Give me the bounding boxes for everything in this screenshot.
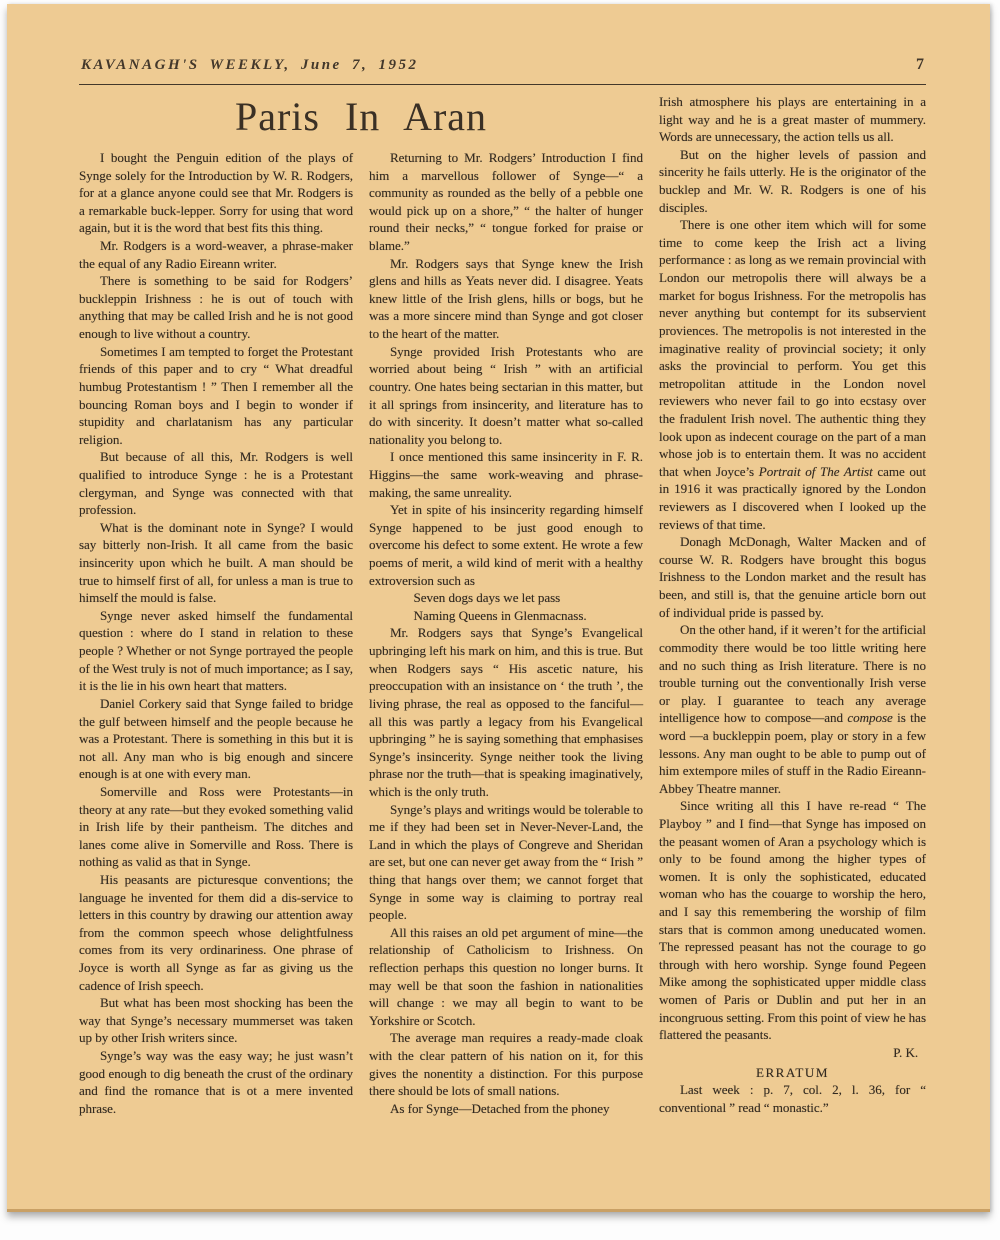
paragraph: As for Synge—Detached from the phoney: [369, 1100, 643, 1118]
article-body: Paris In Aran I bought the Penguin editi…: [79, 93, 926, 1118]
paragraph: Returning to Mr. Rodgers’ Introduction I…: [369, 149, 643, 255]
paragraph: Naming Queens in Glenmacnass.: [369, 607, 643, 625]
paragraph: I once mentioned this same insincerity i…: [369, 448, 643, 501]
page-header: KAVANAGH'S WEEKLY, June 7, 1952 7: [79, 56, 926, 85]
page-number: 7: [916, 56, 924, 74]
paragraph: Synge provided Irish Protestants who are…: [369, 343, 643, 449]
paragraph: But what has been most shocking has been…: [79, 994, 353, 1047]
paragraph: Sometimes I am tempted to forget the Pro…: [79, 343, 353, 449]
left-section: Paris In Aran I bought the Penguin editi…: [79, 93, 643, 1118]
paragraph: All this raises an old pet argument of m…: [369, 924, 643, 1030]
paragraph: Synge never asked himself the fundamenta…: [79, 607, 353, 695]
paragraph: Yet in spite of his insincerity regardin…: [369, 501, 643, 589]
paragraph: Seven dogs days we let pass: [369, 589, 643, 607]
column-1: I bought the Penguin edition of the play…: [79, 149, 353, 1118]
paragraph: Mr. Rodgers says that Synge knew the Iri…: [369, 255, 643, 343]
paragraph: Irish atmosphere his plays are entertain…: [659, 93, 926, 146]
paragraph: Mr. Rodgers is a word-weaver, a phrase-m…: [79, 237, 353, 272]
paragraph: His peasants are picturesque conventions…: [79, 871, 353, 994]
paragraph: I bought the Penguin edition of the play…: [79, 149, 353, 237]
column-3: Irish atmosphere his plays are entertain…: [659, 93, 926, 1118]
masthead: KAVANAGH'S WEEKLY, June 7, 1952: [81, 57, 418, 74]
paragraph: What is the dominant note in Synge? I wo…: [79, 519, 353, 607]
erratum-heading: ERRATUM: [659, 1064, 926, 1082]
paragraph: Since writing all this I have re-read “ …: [659, 797, 926, 1044]
paragraph: Mr. Rodgers says that Synge’s Evangelica…: [369, 624, 643, 800]
paragraph: There is one other item which will for s…: [659, 216, 926, 533]
paragraph: Daniel Corkery said that Synge failed to…: [79, 695, 353, 783]
paragraph: The average man requires a ready-made cl…: [369, 1029, 643, 1099]
article-title: Paris In Aran: [79, 95, 643, 139]
scanned-newspaper-page: KAVANAGH'S WEEKLY, June 7, 1952 7 Paris …: [7, 4, 990, 1212]
paragraph: There is something to be said for Rodger…: [79, 272, 353, 342]
paragraph: But because of all this, Mr. Rodgers is …: [79, 448, 353, 518]
paragraph: Synge’s way was the easy way; he just wa…: [79, 1047, 353, 1117]
paragraph: Donagh McDonagh, Walter Macken and of co…: [659, 533, 926, 621]
paragraph: Somerville and Ross were Protestants—in …: [79, 783, 353, 871]
page-content: KAVANAGH'S WEEKLY, June 7, 1952 7 Paris …: [79, 56, 926, 1189]
columns-1-2: I bought the Penguin edition of the play…: [79, 149, 643, 1118]
erratum-text: Last week : p. 7, col. 2, l. 36, for “ c…: [659, 1081, 926, 1116]
column-2: Returning to Mr. Rodgers’ Introduction I…: [369, 149, 643, 1118]
paragraph: On the other hand, if it weren’t for the…: [659, 621, 926, 797]
paragraph: Synge’s plays and writings would be tole…: [369, 801, 643, 924]
paragraph: But on the higher levels of passion and …: [659, 146, 926, 216]
byline: P. K.: [659, 1044, 926, 1062]
